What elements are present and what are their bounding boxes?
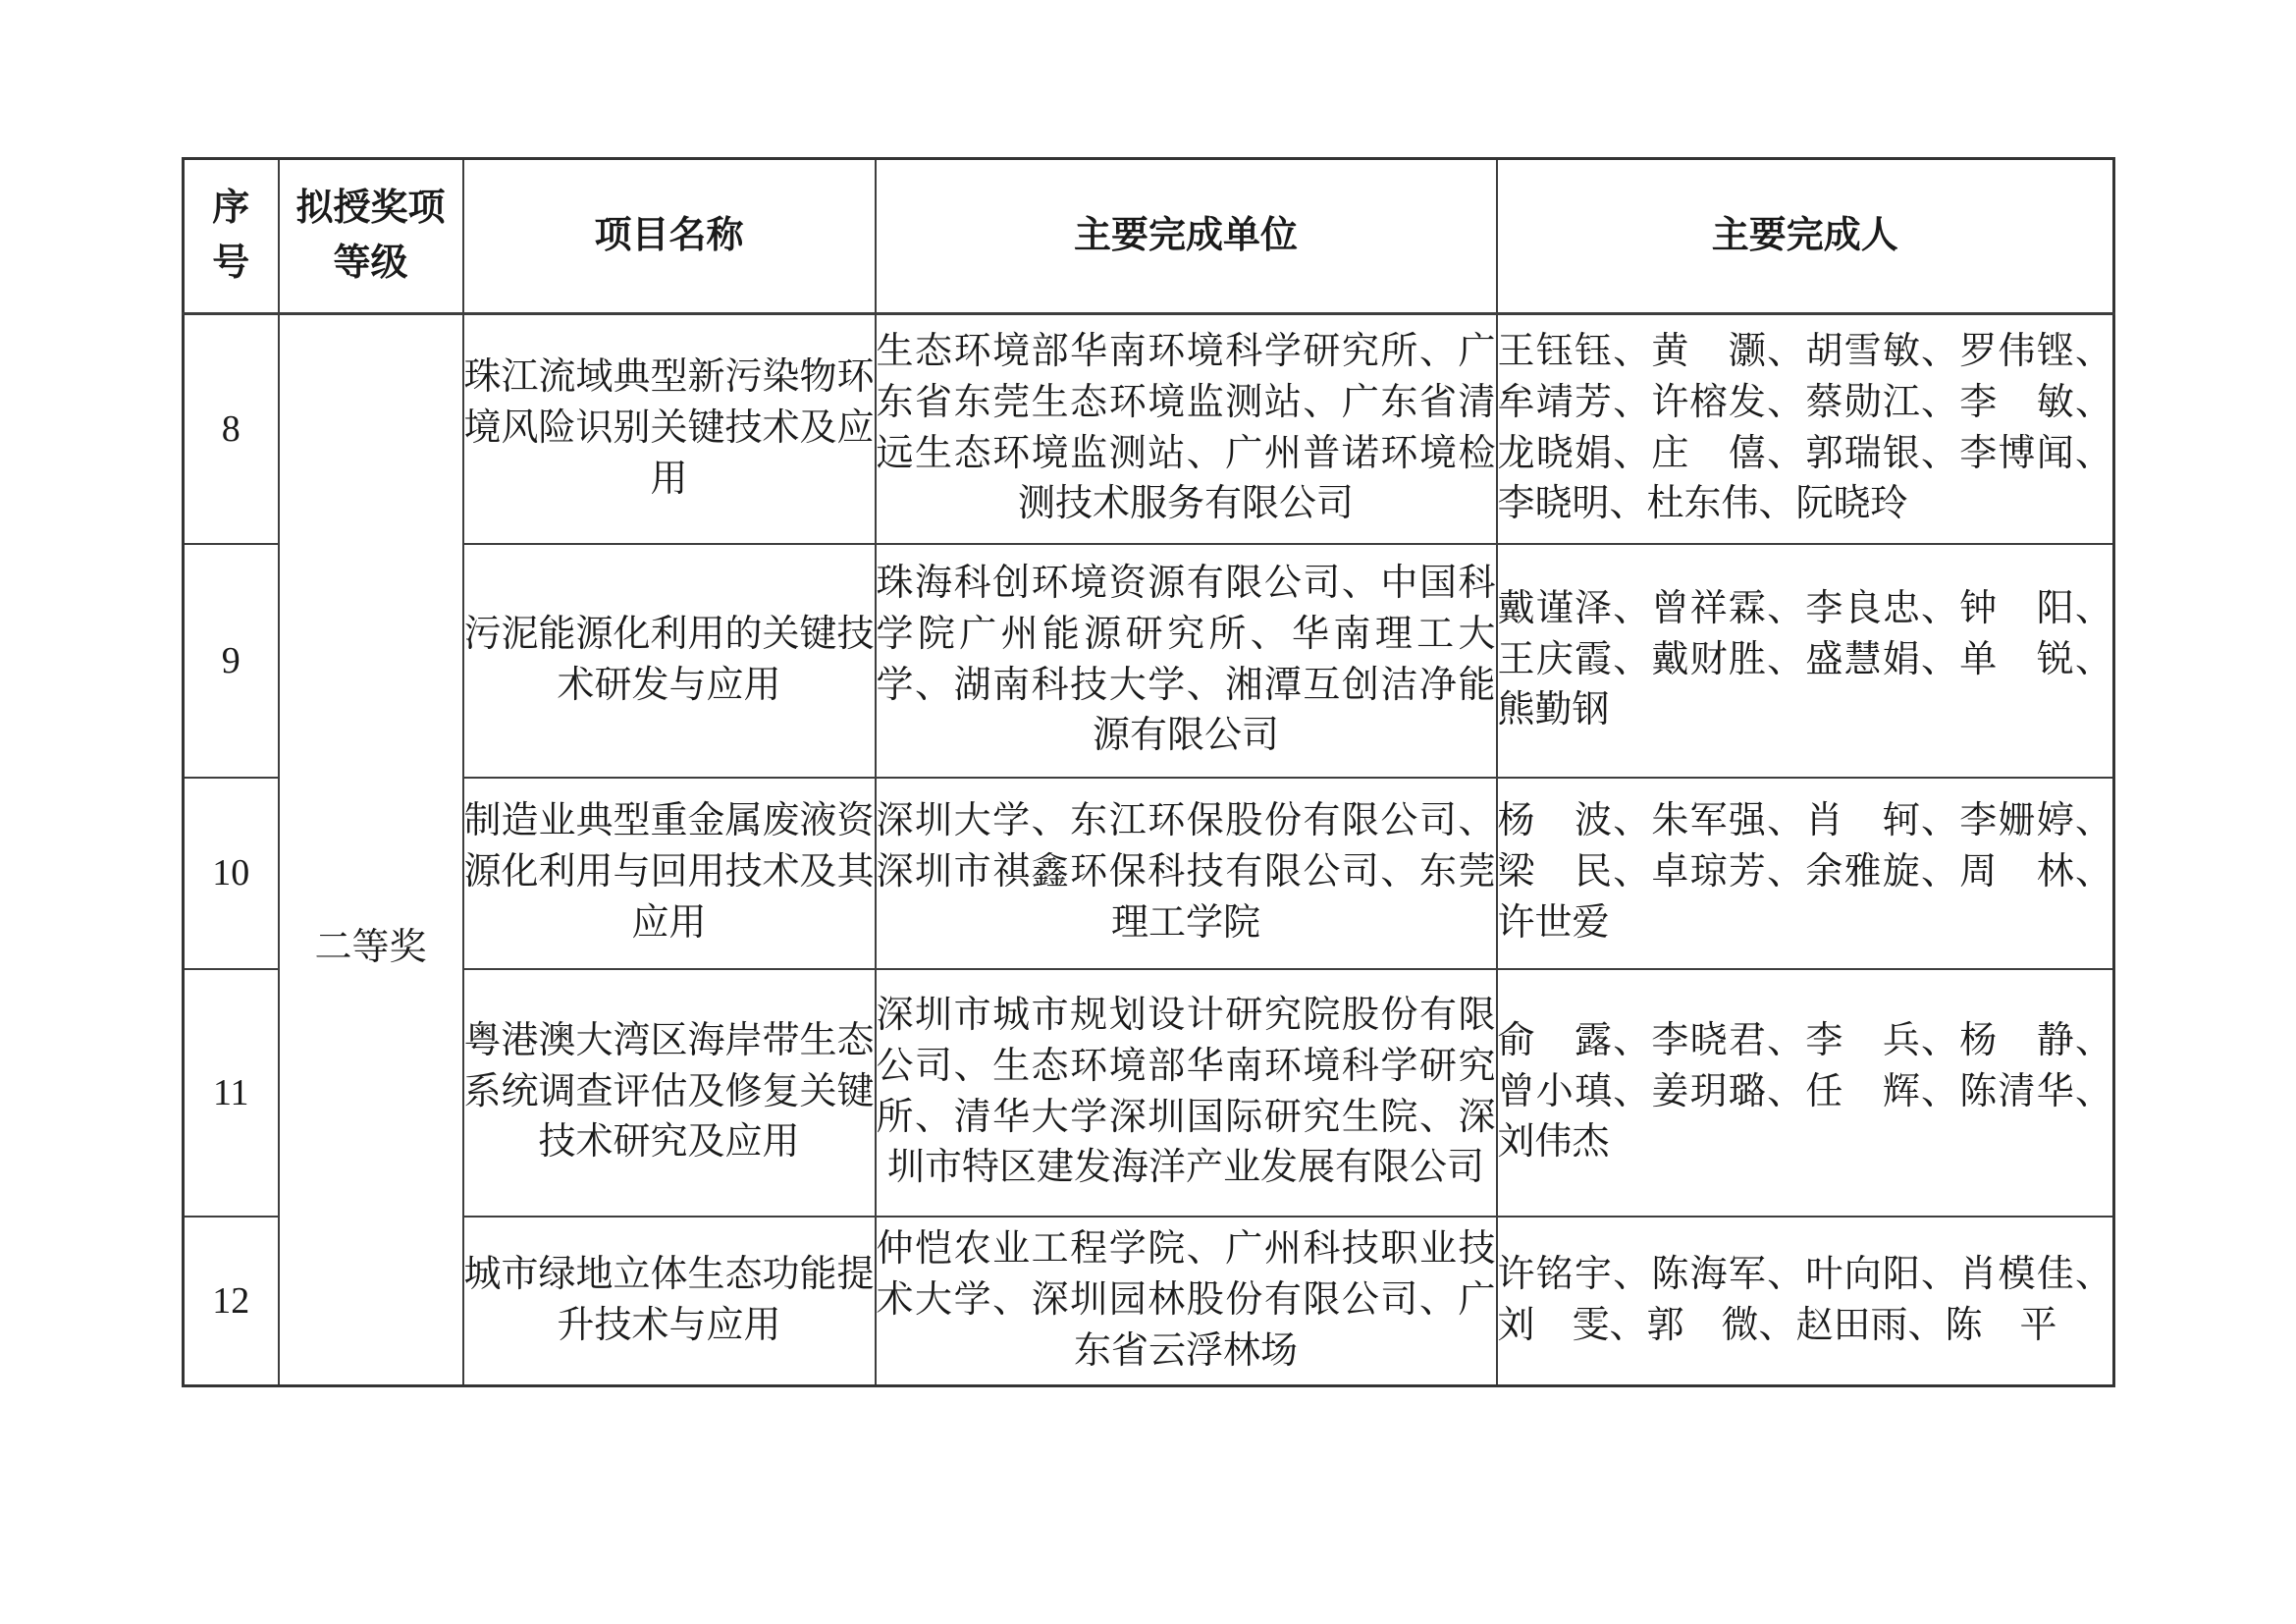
table-row: 8 二等奖 珠江流域典型新污染物环境风险识别关键技术及应用 生态环境部华南环境科… bbox=[184, 314, 2114, 544]
header-cell-units: 主要完成单位 bbox=[876, 159, 1497, 314]
award-level-label: 二等奖 bbox=[314, 916, 426, 970]
row-main-people: 杨 波、朱军强、肖 轲、李姗婷、梁 民、卓琼芳、余雅旋、周 林、许世爱 bbox=[1497, 778, 2114, 969]
row-project-name: 粤港澳大湾区海岸带生态系统调查评估及修复关键技术研究及应用 bbox=[463, 969, 876, 1217]
header-label-no: 序号 bbox=[210, 182, 251, 290]
table-row: 11 粤港澳大湾区海岸带生态系统调查评估及修复关键技术研究及应用 深圳市城市规划… bbox=[184, 969, 2114, 1217]
row-project-name: 污泥能源化利用的关键技术研发与应用 bbox=[463, 544, 876, 778]
row-project-name: 城市绿地立体生态功能提升技术与应用 bbox=[463, 1217, 876, 1386]
row-main-units: 深圳市城市规划设计研究院股份有限公司、生态环境部华南环境科学研究所、清华大学深圳… bbox=[876, 969, 1497, 1217]
row-main-people: 王钰钰、黄 灏、胡雪敏、罗伟铿、牟靖芳、许榕发、蔡勋江、李 敏、龙晓娟、庄 僖、… bbox=[1497, 314, 2114, 544]
header-label-people: 主要完成人 bbox=[1712, 215, 1898, 256]
table-row: 9 污泥能源化利用的关键技术研发与应用 珠海科创环境资源有限公司、中国科学院广州… bbox=[184, 544, 2114, 778]
row-main-people: 许铭宇、陈海军、叶向阳、肖模佳、刘 雯、郭 微、赵田雨、陈 平 bbox=[1497, 1217, 2114, 1386]
award-level-cell: 二等奖 bbox=[279, 314, 463, 1386]
header-label-units: 主要完成单位 bbox=[1074, 215, 1298, 256]
table-row: 10 制造业典型重金属废液资源化利用与回用技术及其应用 深圳大学、东江环保股份有… bbox=[184, 778, 2114, 969]
header-label-project: 项目名称 bbox=[594, 215, 743, 256]
table-row: 12 城市绿地立体生态功能提升技术与应用 仲恺农业工程学院、广州科技职业技术大学… bbox=[184, 1217, 2114, 1386]
row-no: 9 bbox=[184, 544, 279, 778]
row-main-units: 仲恺农业工程学院、广州科技职业技术大学、深圳园林股份有限公司、广东省云浮林场 bbox=[876, 1217, 1497, 1386]
row-no: 10 bbox=[184, 778, 279, 969]
row-main-units: 深圳大学、东江环保股份有限公司、深圳市祺鑫环保科技有限公司、东莞理工学院 bbox=[876, 778, 1497, 969]
row-project-name: 珠江流域典型新污染物环境风险识别关键技术及应用 bbox=[463, 314, 876, 544]
table-header-row: 序号 拟授奖项等级 项目名称 主要完成单位 主要完成人 bbox=[184, 159, 2114, 314]
award-projects-table: 序号 拟授奖项等级 项目名称 主要完成单位 主要完成人 8 二等奖 珠江流域典型… bbox=[182, 157, 2115, 1387]
header-cell-people: 主要完成人 bbox=[1497, 159, 2114, 314]
header-cell-no: 序号 bbox=[184, 159, 279, 314]
row-main-people: 戴谨泽、曾祥霖、李良忠、钟 阳、王庆霞、戴财胜、盛慧娟、单 锐、熊勤钢 bbox=[1497, 544, 2114, 778]
header-label-award: 拟授奖项等级 bbox=[287, 182, 454, 290]
header-cell-award: 拟授奖项等级 bbox=[279, 159, 463, 314]
row-project-name: 制造业典型重金属废液资源化利用与回用技术及其应用 bbox=[463, 778, 876, 969]
row-main-units: 生态环境部华南环境科学研究所、广东省东莞生态环境监测站、广东省清远生态环境监测站… bbox=[876, 314, 1497, 544]
row-no: 11 bbox=[184, 969, 279, 1217]
row-no: 8 bbox=[184, 314, 279, 544]
row-main-units: 珠海科创环境资源有限公司、中国科学院广州能源研究所、华南理工大学、湖南科技大学、… bbox=[876, 544, 1497, 778]
header-cell-project: 项目名称 bbox=[463, 159, 876, 314]
row-main-people: 俞 露、李晓君、李 兵、杨 静、曾小瑱、姜玥璐、任 辉、陈清华、刘伟杰 bbox=[1497, 969, 2114, 1217]
row-no: 12 bbox=[184, 1217, 279, 1386]
